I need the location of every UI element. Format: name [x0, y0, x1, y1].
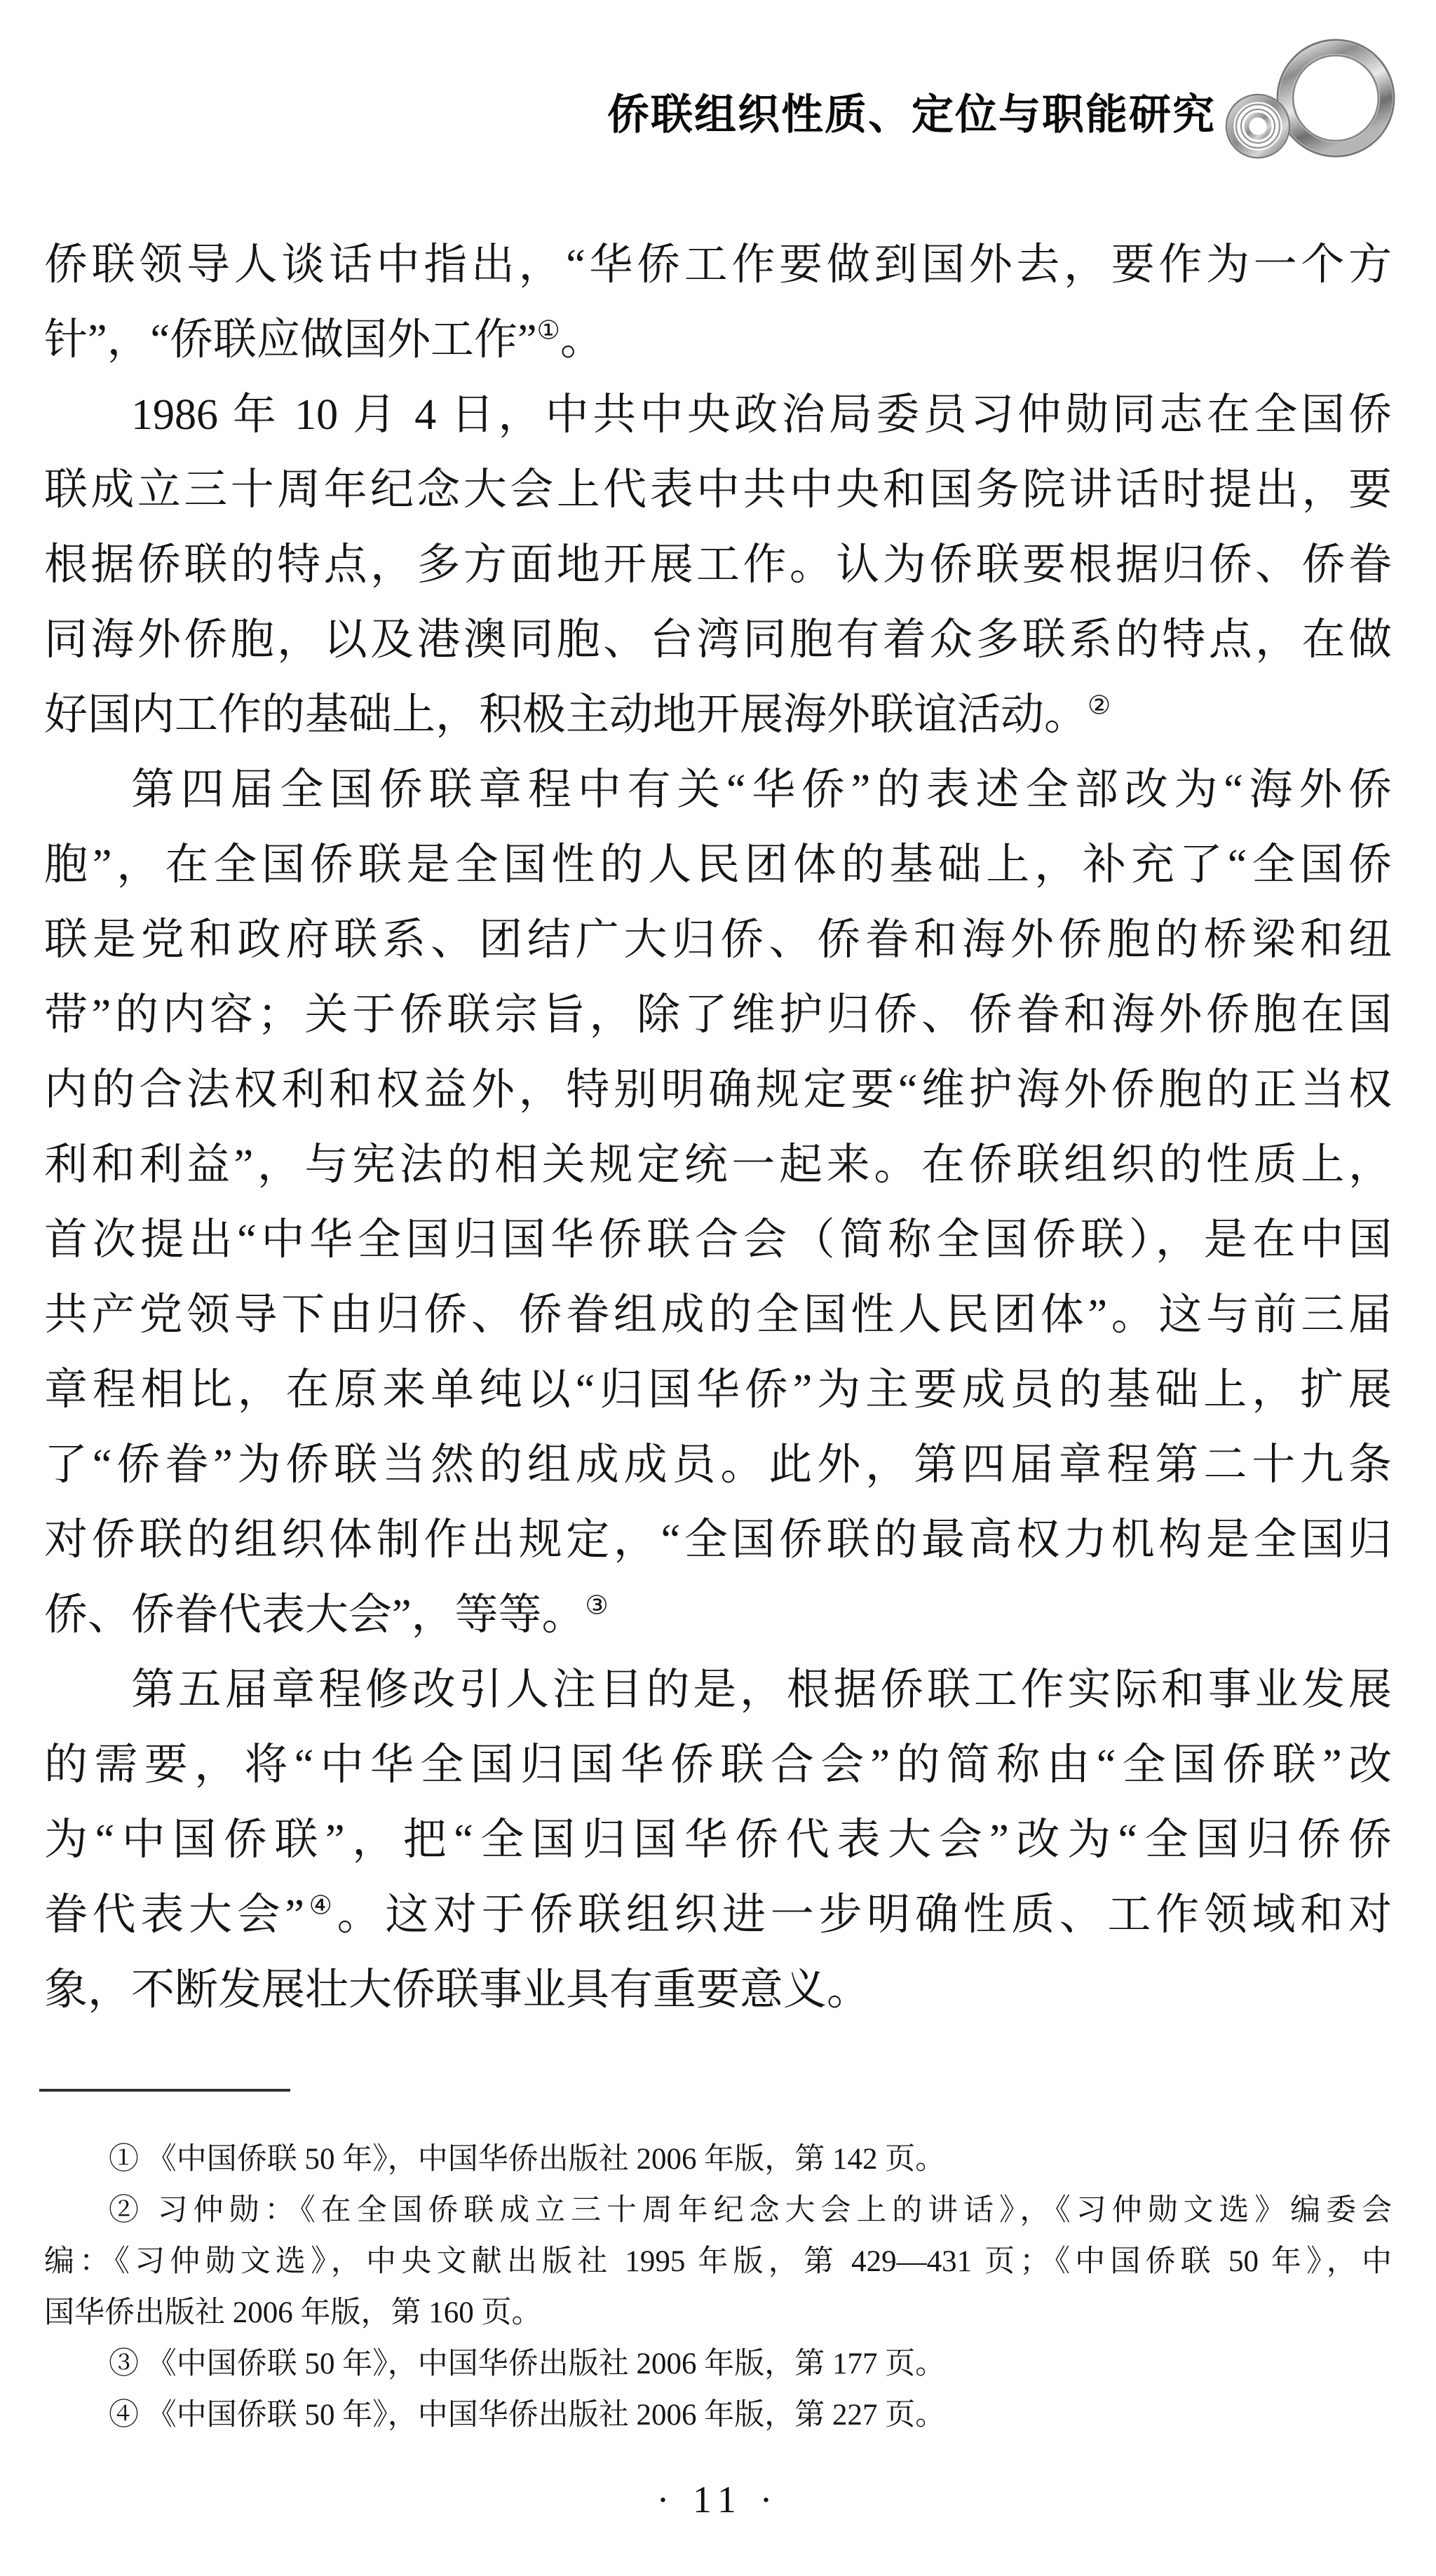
text-line: 为“中国侨联”，把“全国归国华侨代表大会”改为“全国归侨侨	[44, 1803, 1392, 1878]
text-line: 根据侨联的特点，多方面地开展工作。认为侨联要根据归侨、侨眷	[44, 528, 1392, 603]
text-line: ① 《中国侨联 50 年》，中国华侨出版社 2006 年版，第 142 页。	[44, 2134, 1392, 2185]
text-line: 带”的内容；关于侨联宗旨，除了维护归侨、侨眷和海外侨胞在国	[44, 978, 1392, 1053]
text-line: 1986 年 10 月 4 日，中共中央政治局委员习仲勋同志在全国侨	[44, 378, 1392, 453]
text-line: 侨、侨眷代表大会”，等等。③	[44, 1578, 1392, 1653]
footnote-ref: ①	[537, 316, 560, 345]
text-line: 了“侨眷”为侨联当然的组成成员。此外，第四届章程第二十九条	[44, 1428, 1392, 1503]
text-line: 共产党领导下由归侨、侨眷组成的全国性人民团体”。这与前三届	[44, 1278, 1392, 1353]
text-line: 编：《习仲勋文选》，中央文献出版社 1995 年版，第 429—431 页；《中…	[44, 2236, 1392, 2287]
rings-ornament-icon	[1217, 24, 1416, 171]
text-line: 胞”，在全国侨联是全国性的人民团体的基础上，补充了“全国侨	[44, 828, 1392, 903]
text-line: 侨联领导人谈话中指出，“华侨工作要做到国外去，要作为一个方	[44, 228, 1392, 303]
text-line: ③ 《中国侨联 50 年》，中国华侨出版社 2006 年版，第 177 页。	[44, 2338, 1392, 2390]
text-line: 第五届章程修改引人注目的是，根据侨联工作实际和事业发展	[44, 1653, 1392, 1728]
text-line: 对侨联的组织体制作出规定，“全国侨联的最高权力机构是全国归	[44, 1503, 1392, 1578]
small-ring	[1226, 95, 1289, 158]
text-line: 内的合法权利和权益外，特别明确规定要“维护海外侨胞的正当权	[44, 1053, 1392, 1128]
text-line: 好国内工作的基础上，积极主动地开展海外联谊活动。②	[44, 678, 1392, 753]
text-line: 第四届全国侨联章程中有关“华侨”的表述全部改为“海外侨	[44, 753, 1392, 828]
text-line: 首次提出“中华全国归国华侨联合会（简称全国侨联），是在中国	[44, 1203, 1392, 1278]
page-number: · 11 ·	[0, 2478, 1436, 2521]
text-line: ② 习仲勋：《在全国侨联成立三十周年纪念大会上的讲话》，《习仲勋文选》编委会	[44, 2185, 1392, 2236]
text-line: 国华侨出版社 2006 年版，第 160 页。	[44, 2287, 1392, 2338]
text-line: 章程相比，在原来单纯以“归国华侨”为主要成员的基础上，扩展	[44, 1353, 1392, 1428]
text-line: 同海外侨胞，以及港澳同胞、台湾同胞有着众多联系的特点，在做	[44, 603, 1392, 678]
text-line: 联是党和政府联系、团结广大归侨、侨眷和海外侨胞的桥梁和纽	[44, 903, 1392, 978]
text-line: 象，不断发展壮大侨联事业具有重要意义。	[44, 1953, 1392, 2028]
body-text: 侨联领导人谈话中指出，“华侨工作要做到国外去，要作为一个方针”，“侨联应做国外工…	[44, 228, 1392, 2028]
text-line: 眷代表大会”④。这对于侨联组织进一步明确性质、工作领域和对	[44, 1878, 1392, 1953]
footnote-ref: ④	[304, 1891, 337, 1920]
running-head-title: 侨联组织性质、定位与职能研究	[607, 81, 1216, 142]
text-line: 联成立三十周年纪念大会上代表中共中央和国务院讲话时提出，要	[44, 453, 1392, 528]
text-line: 利和利益”，与宪法的相关规定统一起来。在侨联组织的性质上，	[44, 1128, 1392, 1203]
book-page: 侨联组织性质、定位与职能研究	[0, 0, 1436, 2576]
text-line: ④ 《中国侨联 50 年》，中国华侨出版社 2006 年版，第 227 页。	[44, 2390, 1392, 2441]
footnotes: ① 《中国侨联 50 年》，中国华侨出版社 2006 年版，第 142 页。② …	[44, 2134, 1392, 2441]
footnote-ref: ②	[1088, 691, 1111, 720]
text-line: 针”，“侨联应做国外工作”①。	[44, 303, 1392, 378]
footnote-ref: ③	[585, 1591, 609, 1620]
large-ring	[1278, 40, 1394, 156]
text-line: 的需要，将“中华全国归国华侨联合会”的简称由“全国侨联”改	[44, 1728, 1392, 1803]
footnote-divider	[39, 2089, 290, 2092]
